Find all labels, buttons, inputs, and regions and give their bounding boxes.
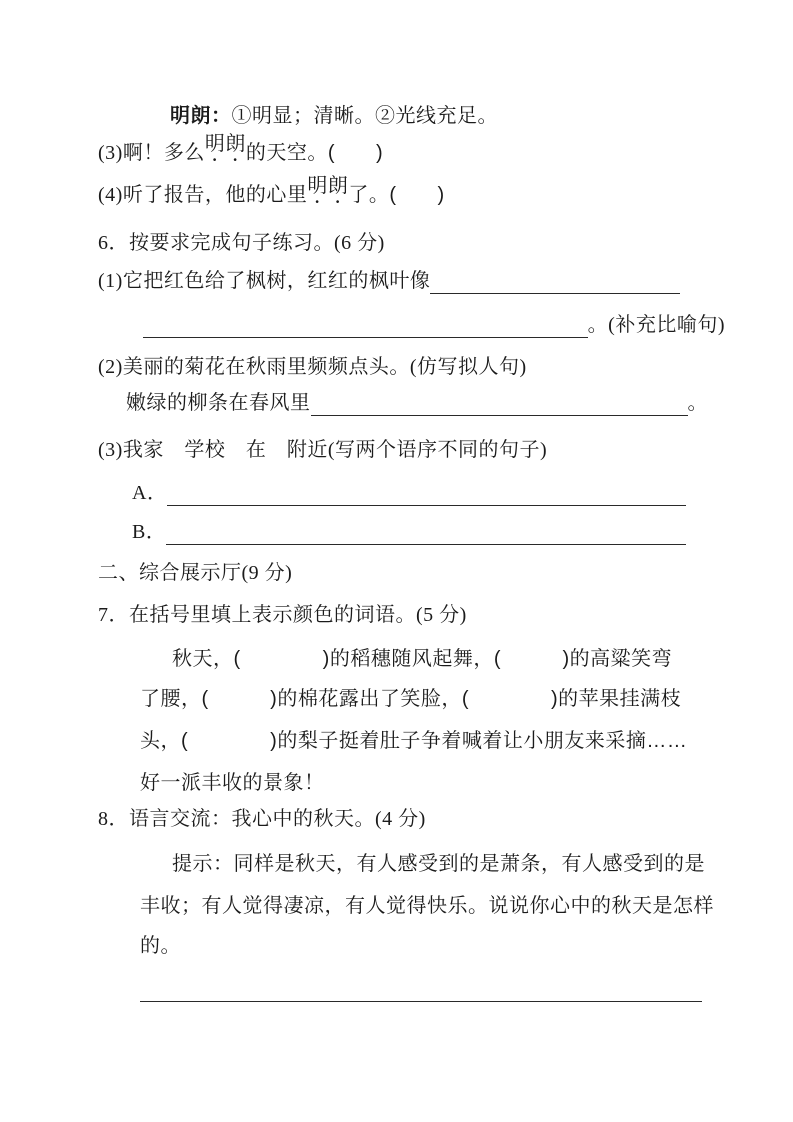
item-hint: (写两个语序不同的句子) [328, 437, 547, 463]
hint-text: 丰收；有人觉得凄凉，有人觉得快乐。说说你心中的秋天是怎样 [140, 893, 714, 919]
question6-sub1-line1: (1) 它把红色给了枫树，红红的枫叶像 [98, 266, 680, 294]
question7-paragraph-line4: 好一派丰收的景象！ [98, 768, 722, 796]
item-marker: (1) [98, 268, 123, 294]
question-score: (4 分) [375, 806, 426, 832]
emphasized-word: 明朗 [307, 173, 348, 208]
item-text-suffix: 了。( ) [348, 182, 444, 208]
paragraph-text: 头，( )的梨子挺着肚子争着喊着让小朋友来采摘…… [140, 728, 687, 754]
item-text: 我家 学校 在 附近 [123, 437, 328, 463]
item-text: 美丽的菊花在秋雨里频频点头。 [123, 354, 410, 380]
definition-body: ①明显；清晰。②光线充足。 [232, 103, 499, 129]
definition-line: 明朗： ①明显；清晰。②光线充足。 [98, 101, 752, 129]
paragraph-text: 了腰，( )的棉花露出了笑脸，( )的苹果挂满枝 [140, 686, 681, 712]
question7-paragraph-line3: 头，( )的梨子挺着肚子争着喊着让小朋友来采摘…… [98, 726, 722, 754]
option-label: B． [132, 519, 166, 545]
question6-sub2-line1: (2) 美丽的菊花在秋雨里频频点头。 (仿写拟人句) [98, 352, 680, 380]
item-text-prefix: 啊！多么 [123, 140, 205, 166]
question6-sub3-optionA: A． [98, 478, 714, 506]
section-score: (9 分) [242, 560, 293, 586]
question8-answer-line [98, 974, 722, 1002]
item-marker: (3) [98, 140, 123, 166]
question-score: (6 分) [334, 230, 385, 256]
answer-blank-line [143, 332, 588, 338]
item-text-prefix: 听了报告，他的心里 [123, 182, 308, 208]
question-number: 6． [98, 230, 129, 256]
item-marker: (4) [98, 182, 123, 208]
period: 。 [688, 390, 709, 416]
question5-item4: (4) 听了报告，他的心里 明朗 了。( ) [98, 180, 680, 208]
item-text-suffix: 的天空。( ) [246, 140, 383, 166]
question7-title: 7． 在括号里填上表示颜色的词语。 (5 分) [98, 600, 680, 628]
question7-paragraph-line1: 秋天，( )的稻穗随风起舞，( )的高粱笑弯 [98, 644, 754, 672]
answer-blank-line [430, 288, 680, 294]
item-hint: (仿写拟人句) [410, 354, 527, 380]
paragraph-text: 秋天，( )的稻穗随风起舞，( )的高粱笑弯 [172, 646, 672, 672]
question6-sub3-optionB: B． [98, 517, 714, 545]
question6-sub1-line2: 。 (补充比喻句) [98, 310, 725, 338]
answer-prefix: 嫩绿的柳条在春风里 [126, 390, 311, 416]
answer-blank-line [311, 410, 688, 416]
answer-blank-line [166, 539, 686, 545]
question8-hint-line2: 丰收；有人觉得凄凉，有人觉得快乐。说说你心中的秋天是怎样 [98, 891, 722, 919]
hint-text: 提示：同样是秋天，有人感受到的是萧条，有人感受到的是 [172, 851, 705, 877]
emphasized-word: 明朗 [205, 131, 246, 166]
section-title: 二、综合展示厅 [98, 560, 242, 586]
question8-hint-line1: 提示：同样是秋天，有人感受到的是萧条，有人感受到的是 [98, 849, 754, 877]
question-title-text: 按要求完成句子练习。 [129, 230, 334, 256]
question-number: 7． [98, 602, 129, 628]
definition-term: 明朗： [170, 103, 232, 129]
question8-title: 8． 语言交流：我心中的秋天。 (4 分) [98, 804, 680, 832]
question6-sub3-line: (3) 我家 学校 在 附近 (写两个语序不同的句子) [98, 435, 680, 463]
question6-sub2-answer: 嫩绿的柳条在春风里 。 [98, 388, 708, 416]
question6-title: 6． 按要求完成句子练习。 (6 分) [98, 228, 680, 256]
question7-paragraph-line2: 了腰，( )的棉花露出了笑脸，( )的苹果挂满枝 [98, 684, 722, 712]
question-score: (5 分) [416, 602, 467, 628]
answer-blank-line [167, 500, 686, 506]
question-title-text: 语言交流：我心中的秋天。 [129, 806, 375, 832]
period: 。 [588, 312, 609, 338]
question8-hint-line3: 的。 [98, 931, 722, 959]
question5-item3: (3) 啊！多么 明朗 的天空。( ) [98, 138, 680, 166]
paragraph-text: 好一派丰收的景象！ [140, 770, 325, 796]
hint-text: 的。 [140, 933, 181, 959]
item-text: 它把红色给了枫树，红红的枫叶像 [123, 268, 431, 294]
section2-heading: 二、综合展示厅 (9 分) [98, 558, 680, 586]
question-title-text: 在括号里填上表示颜色的词语。 [129, 602, 416, 628]
worksheet-page: 明朗： ①明显；清晰。②光线充足。 (3) 啊！多么 明朗 的天空。( ) (4… [0, 0, 793, 1122]
question-number: 8． [98, 806, 129, 832]
item-marker: (2) [98, 354, 123, 380]
answer-blank-line [140, 996, 702, 1002]
option-label: A． [132, 480, 167, 506]
item-hint: (补充比喻句) [608, 312, 725, 338]
item-marker: (3) [98, 437, 123, 463]
